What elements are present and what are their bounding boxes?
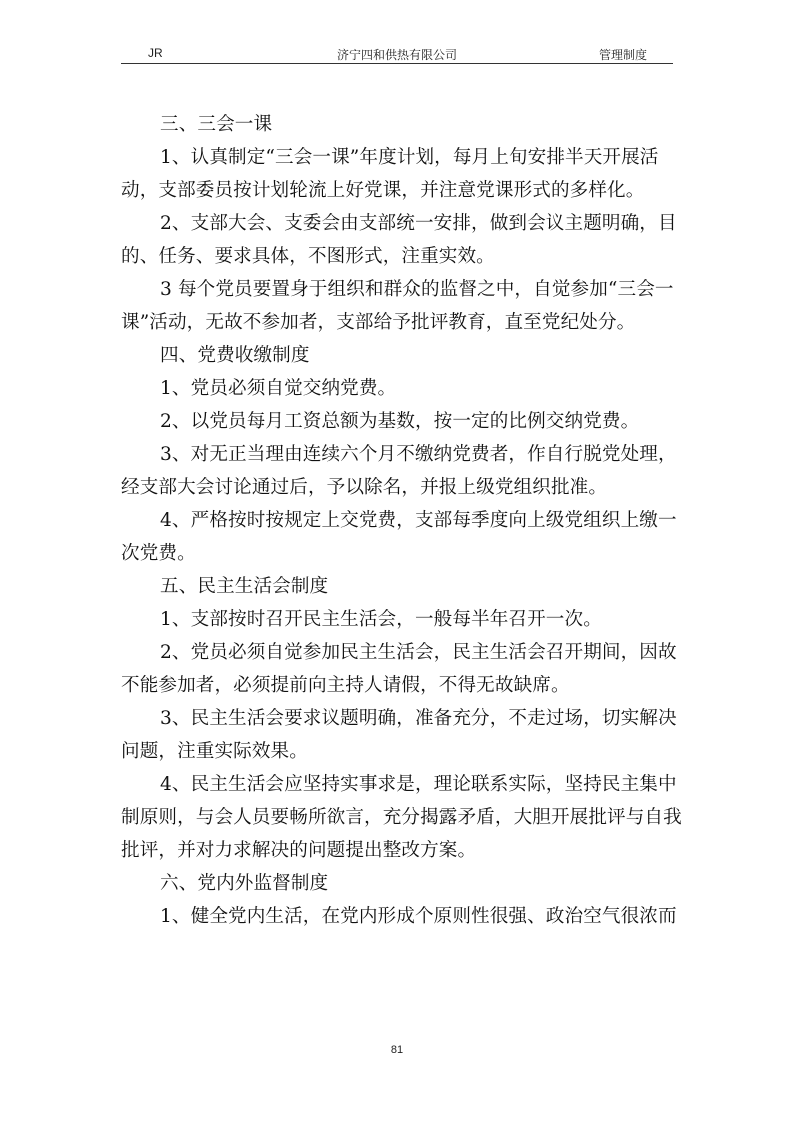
- list-item: 4、民主生活会应坚持实事求是，理论联系实际，坚持民主集中制原则，与会人员要畅所欲…: [121, 768, 674, 867]
- text-line: 课”活动，无故不参加者，支部给予批评教育，直至党纪处分。: [121, 306, 674, 339]
- text-line: 1、健全党内生活，在党内形成个原则性很强、政治空气很浓而: [121, 900, 674, 933]
- text-line: 3、民主生活会要求议题明确，准备充分，不走过场，切实解决: [121, 702, 674, 735]
- text-line: 1、支部按时召开民主生活会，一般每半年召开一次。: [121, 603, 674, 636]
- text-line: 2、支部大会、支委会由支部统一安排，做到会议主题明确，目: [121, 207, 674, 240]
- text-line: 3、对无正当理由连续六个月不缴纳党费者，作自行脱党处理，: [121, 438, 674, 471]
- text-line: 次党费。: [121, 537, 674, 570]
- text-line: 2、以党员每月工资总额为基数，按一定的比例交纳党费。: [121, 405, 674, 438]
- list-item: 2、以党员每月工资总额为基数，按一定的比例交纳党费。: [121, 405, 674, 438]
- header-company-name: 济宁四和供热有限公司: [121, 46, 673, 63]
- section-heading: 六、党内外监督制度: [121, 867, 674, 900]
- text-line: 1、认真制定“三会一课”年度计划，每月上旬安排半天开展活: [121, 141, 674, 174]
- text-line: 三、三会一课: [121, 108, 674, 141]
- page-header: JR 济宁四和供热有限公司 管理制度: [121, 44, 673, 64]
- list-item: 1、党员必须自觉交纳党费。: [121, 372, 674, 405]
- list-item: 1、认真制定“三会一课”年度计划，每月上旬安排半天开展活动，支部委员按计划轮流上…: [121, 141, 674, 207]
- list-item: 2、党员必须自觉参加民主生活会，民主生活会召开期间，因故不能参加者，必须提前向主…: [121, 636, 674, 702]
- document-body: 三、三会一课1、认真制定“三会一课”年度计划，每月上旬安排半天开展活动，支部委员…: [121, 108, 674, 933]
- text-line: 2、党员必须自觉参加民主生活会，民主生活会召开期间，因故: [121, 636, 674, 669]
- list-item: 1、健全党内生活，在党内形成个原则性很强、政治空气很浓而: [121, 900, 674, 933]
- text-line: 4、严格按时按规定上交党费，支部每季度向上级党组织上缴一: [121, 504, 674, 537]
- text-line: 经支部大会讨论通过后，予以除名，并报上级党组织批准。: [121, 471, 674, 504]
- text-line: 4、民主生活会应坚持实事求是，理论联系实际，坚持民主集中: [121, 768, 674, 801]
- page-number: 81: [0, 1044, 794, 1056]
- list-item: 3 每个党员要置身于组织和群众的监督之中，自觉参加“三会一课”活动，无故不参加者…: [121, 273, 674, 339]
- list-item: 4、严格按时按规定上交党费，支部每季度向上级党组织上缴一次党费。: [121, 504, 674, 570]
- text-line: 的、任务、要求具体，不图形式，注重实效。: [121, 240, 674, 273]
- text-line: 1、党员必须自觉交纳党费。: [121, 372, 674, 405]
- text-line: 动，支部委员按计划轮流上好党课，并注意党课形式的多样化。: [121, 174, 674, 207]
- text-line: 批评，并对力求解决的问题提出整改方案。: [121, 834, 674, 867]
- text-line: 3 每个党员要置身于组织和群众的监督之中，自觉参加“三会一: [121, 273, 674, 306]
- header-divider: [121, 63, 673, 64]
- section-heading: 三、三会一课: [121, 108, 674, 141]
- list-item: 1、支部按时召开民主生活会，一般每半年召开一次。: [121, 603, 674, 636]
- section-heading: 四、党费收缴制度: [121, 339, 674, 372]
- text-line: 五、民主生活会制度: [121, 570, 674, 603]
- list-item: 2、支部大会、支委会由支部统一安排，做到会议主题明确，目的、任务、要求具体，不图…: [121, 207, 674, 273]
- text-line: 制原则，与会人员要畅所欲言，充分揭露矛盾，大胆开展批评与自我: [121, 801, 674, 834]
- text-line: 问题，注重实际效果。: [121, 735, 674, 768]
- text-line: 四、党费收缴制度: [121, 339, 674, 372]
- list-item: 3、对无正当理由连续六个月不缴纳党费者，作自行脱党处理，经支部大会讨论通过后，予…: [121, 438, 674, 504]
- list-item: 3、民主生活会要求议题明确，准备充分，不走过场，切实解决问题，注重实际效果。: [121, 702, 674, 768]
- text-line: 不能参加者，必须提前向主持人请假，不得无故缺席。: [121, 669, 674, 702]
- text-line: 六、党内外监督制度: [121, 867, 674, 900]
- section-heading: 五、民主生活会制度: [121, 570, 674, 603]
- header-doc-type: 管理制度: [599, 46, 647, 63]
